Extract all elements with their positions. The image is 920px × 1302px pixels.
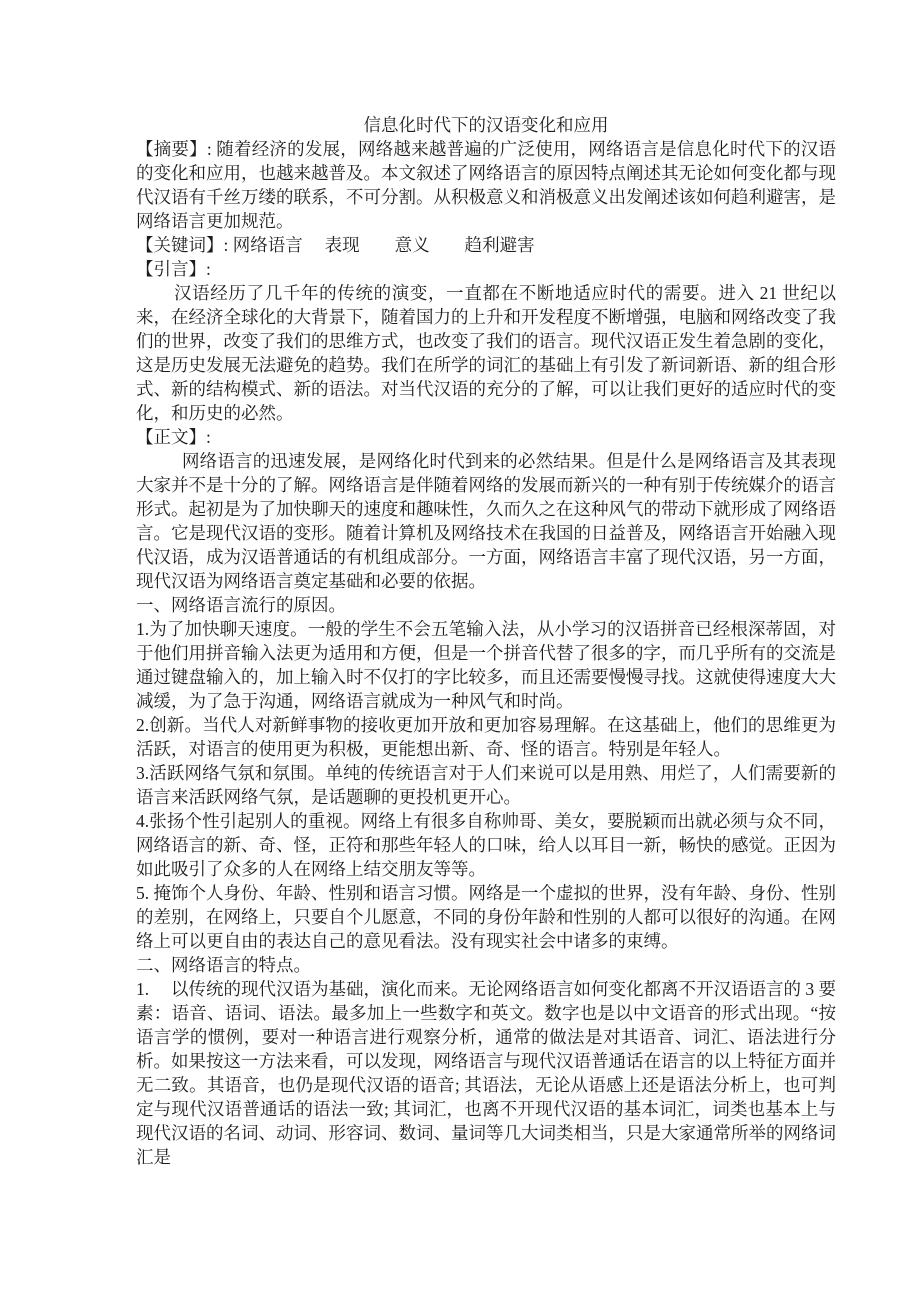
section-1-heading: 一、网络语言流行的原因。 bbox=[136, 593, 836, 617]
reason-2-paragraph: 2.创新。当代人对新鲜事物的接收更加开放和更加容易理解。在这基础上，他们的思维更… bbox=[136, 713, 836, 761]
reason-5-paragraph: 5. 掩饰个人身份、年龄、性别和语言习惯。网络是一个虚拟的世界，没有年龄、身份、… bbox=[136, 881, 836, 953]
abstract-paragraph: 【摘要】: 随着经济的发展，网络越来越普遍的广泛使用，网络语言是信息化时代下的汉… bbox=[136, 137, 836, 233]
feature-1-paragraph: 1. 以传统的现代汉语为基础，演化而来。无论网络语言如何变化都离不开汉语语言的 … bbox=[136, 977, 836, 1169]
reason-1-paragraph: 1.为了加快聊天速度。一般的学生不会五笔输入法，从小学习的汉语拼音已经根深蒂固，… bbox=[136, 617, 836, 713]
reason-3-paragraph: 3.活跃网络气氛和氛围。单纯的传统语言对于人们来说可以是用熟、用烂了，人们需要新… bbox=[136, 761, 836, 809]
keywords-line: 【关键词】: 网络语言 表现 意义 趋利避害 bbox=[136, 233, 836, 257]
main-text-opening-paragraph: 网络语言的迅速发展，是网络化时代到来的必然结果。但是什么是网络语言及其表现大家并… bbox=[136, 449, 836, 593]
introduction-paragraph: 汉语经历了几千年的传统的演变，一直都在不断地适应时代的需要。进入 21 世纪以来… bbox=[136, 281, 836, 425]
document-page: 信息化时代下的汉语变化和应用 【摘要】: 随着经济的发展，网络越来越普遍的广泛使… bbox=[0, 0, 920, 1302]
main-text-label: 【正文】: bbox=[136, 425, 836, 449]
document-body: 信息化时代下的汉语变化和应用 【摘要】: 随着经济的发展，网络越来越普遍的广泛使… bbox=[136, 113, 836, 1169]
introduction-label: 【引言】: bbox=[136, 257, 836, 281]
page-title: 信息化时代下的汉语变化和应用 bbox=[136, 113, 836, 137]
section-2-heading: 二、网络语言的特点。 bbox=[136, 953, 836, 977]
reason-4-paragraph: 4.张扬个性引起别人的重视。网络上有很多自称帅哥、美女，要脱颖而出就必须与众不同… bbox=[136, 809, 836, 881]
